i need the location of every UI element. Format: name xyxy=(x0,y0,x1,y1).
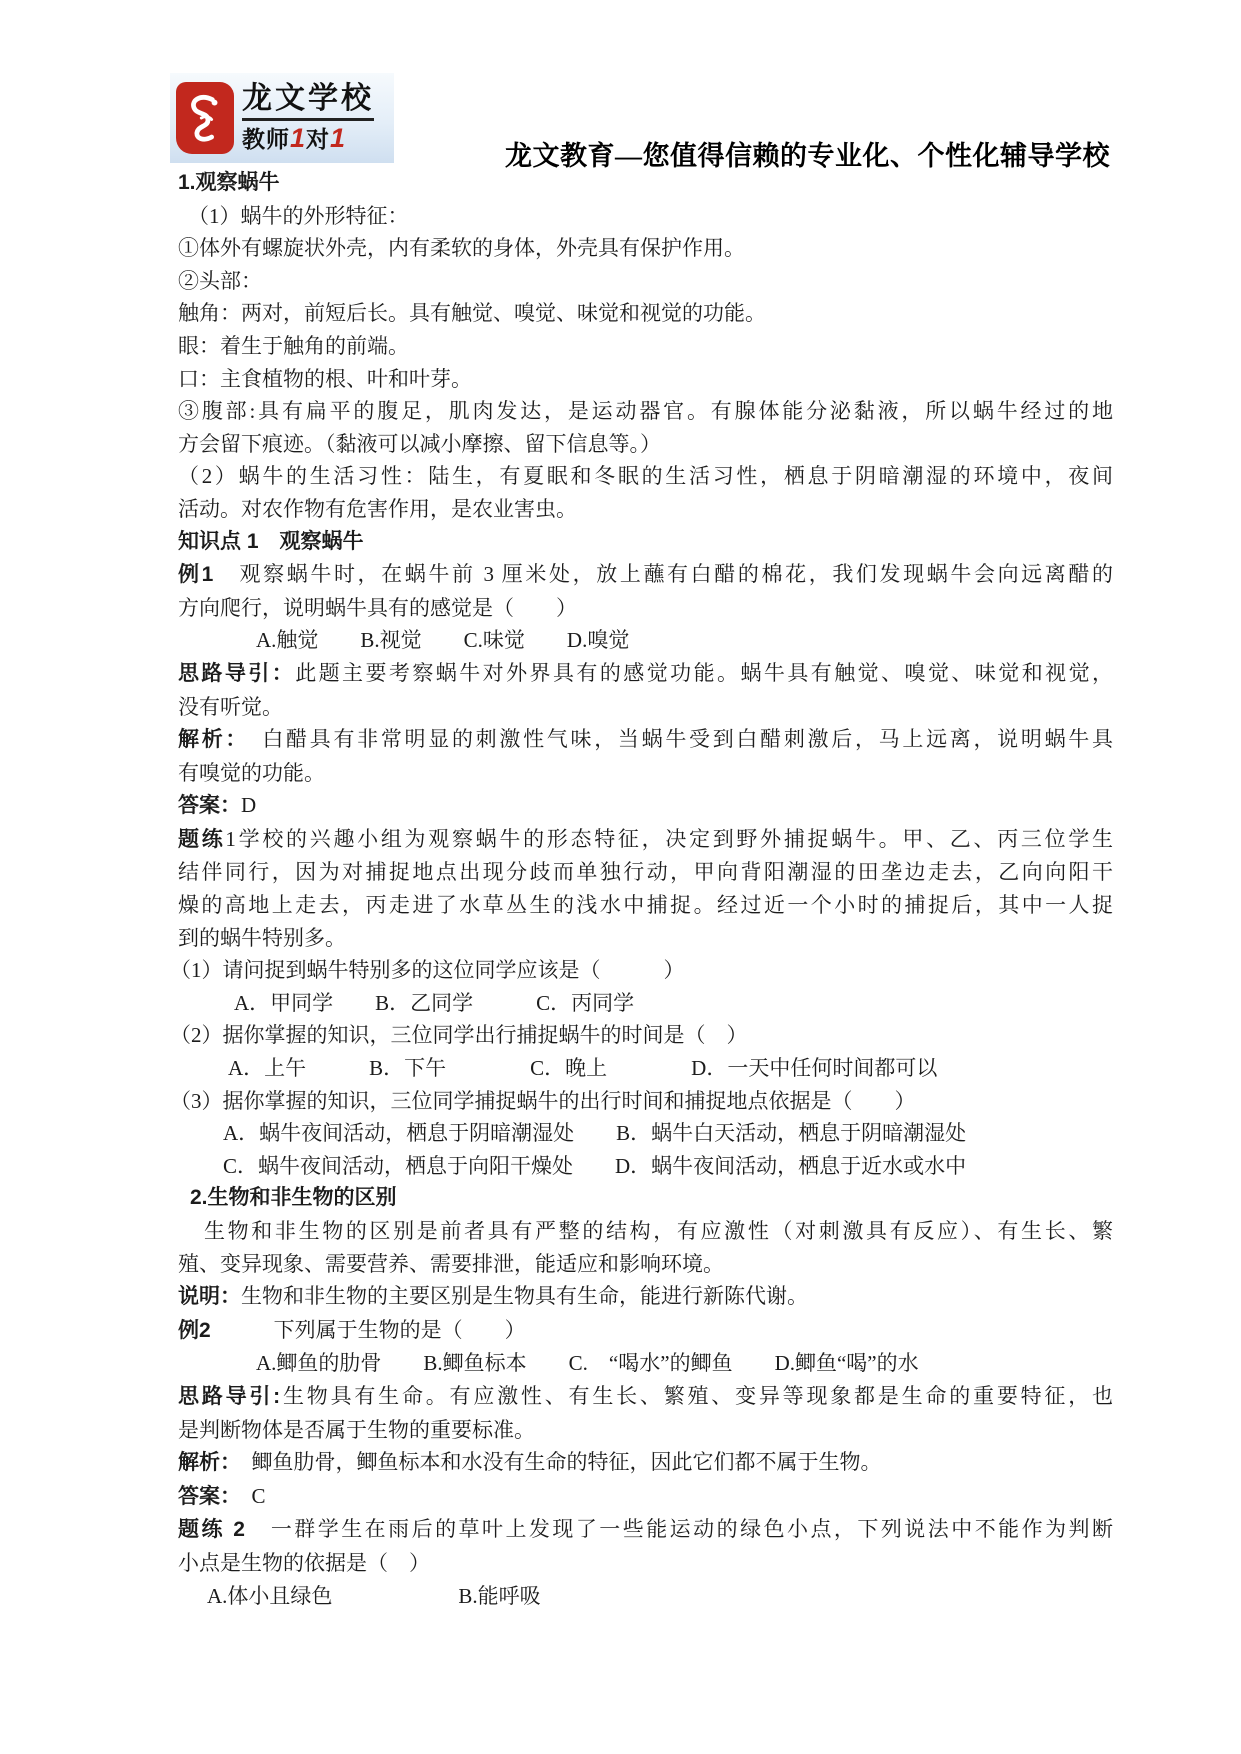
tagline-one-b: 1 xyxy=(330,123,346,153)
line-text: 生物具有生命。有应激性、有生长、繁殖、变异等现象都是生命的重要特征，也 xyxy=(280,1384,1113,1408)
line-text: 方向爬行，说明蜗牛具有的感觉是（ ） xyxy=(178,596,577,620)
text-line-15: A.触觉 B.视觉 C.味觉 D.嗅觉 xyxy=(178,624,1113,657)
text-line-2: （1）蜗牛的外形特征： xyxy=(178,200,1113,233)
line-text: C．蜗牛夜间活动，栖息于向阳干燥处 D．蜗牛夜间活动，栖息于近水或水中 xyxy=(223,1154,966,1178)
text-line-42: 题练 2 一群学生在雨后的草叶上发现了一些能运动的绿色小点，下列说法中不能作为判… xyxy=(178,1513,1113,1547)
line-heading-label: 说明： xyxy=(178,1285,241,1308)
document-body: 1.观察蜗牛（1）蜗牛的外形特征：①体外有螺旋状外壳，内有柔软的身体，外壳具有保… xyxy=(178,167,1113,1612)
text-line-29: （3）据你掌握的知识，三位同学捕捉蜗牛的出行时间和捕捉地点依据是（ ） xyxy=(170,1085,1113,1118)
line-text: 生物和非生物的主要区别是生物具有生命，能进行新陈代谢。 xyxy=(241,1284,808,1308)
text-line-27: （2）据你掌握的知识，三位同学出行捕捉蜗牛的时间是（ ） xyxy=(170,1019,1113,1052)
line-text: A．上午 B．下午 C．晚上 D．一天中任何时间都可以 xyxy=(228,1056,937,1080)
line-text: 触角：两对，前短后长。具有触觉、嗅觉、味觉和视觉的功能。 xyxy=(178,301,766,325)
text-line-1: 1.观察蜗牛 xyxy=(178,167,1113,200)
text-line-7: 口：主食植物的根、叶和叶芽。 xyxy=(178,363,1113,396)
line-text: 一群学生在雨后的草叶上发现了一些能运动的绿色小点，下列说法中不能作为判断 xyxy=(245,1517,1113,1541)
logo-image: 龙文学校 教师1对1 xyxy=(170,73,394,163)
text-line-12: 知识点 1 观察蜗牛 xyxy=(178,526,1113,559)
line-heading-label: 思路导引： xyxy=(178,662,295,685)
line-text: 眼：着生于触角的前端。 xyxy=(178,334,409,358)
line-text: 1学校的兴趣小组为观察蜗牛的形态特征，决定到野外捕捉蜗牛。甲、乙、丙三位学生 xyxy=(225,827,1113,851)
text-line-6: 眼：着生于触角的前端。 xyxy=(178,330,1113,363)
text-line-4: ②头部： xyxy=(178,265,1113,298)
text-line-16: 思路导引：此题主要考察蜗牛对外界具有的感觉功能。蜗牛具有触觉、嗅觉、味觉和视觉， xyxy=(178,657,1113,691)
line-text: 观察蜗牛时，在蜗牛前 3 厘米处，放上蘸有白醋的棉花，我们发现蜗牛会向远离醋的 xyxy=(213,562,1113,586)
text-line-28: A．上午 B．下午 C．晚上 D．一天中任何时间都可以 xyxy=(178,1052,1113,1085)
line-heading-label: 例2 xyxy=(178,1319,211,1342)
text-line-21: 题练1学校的兴趣小组为观察蜗牛的形态特征，决定到野外捕捉蜗牛。甲、乙、丙三位学生 xyxy=(178,823,1113,857)
line-text: 1.观察蜗牛 xyxy=(178,171,280,194)
line-text: 知识点 1 观察蜗牛 xyxy=(178,530,364,553)
text-line-34: 殖、变异现象、需要营养、需要排泄，能适应和影响环境。 xyxy=(178,1248,1113,1281)
line-text: A．甲同学 B．乙同学 C．丙同学 xyxy=(234,991,634,1015)
line-text: 没有听觉。 xyxy=(178,695,283,719)
text-line-9: 方会留下痕迹。（黏液可以减小摩擦、留下信息等。） xyxy=(178,428,1113,461)
line-text: A.体小且绿色 B.能呼吸 xyxy=(207,1584,541,1608)
text-line-8: ③腹部:具有扁平的腹足，肌肉发达，是运动器官。有腺体能分泌黏液，所以蜗牛经过的地 xyxy=(178,395,1113,428)
line-heading-label: 题练 xyxy=(178,828,225,851)
text-line-22: 结伴同行，因为对捕捉地点出现分歧而单独行动，甲向背阳潮湿的田垄边走去，乙向向阳干 xyxy=(178,856,1113,889)
text-line-26: A．甲同学 B．乙同学 C．丙同学 xyxy=(178,987,1113,1020)
line-text: （1）蜗牛的外形特征： xyxy=(188,204,409,228)
line-text: ②头部： xyxy=(178,269,262,293)
line-text: 此题主要考察蜗牛对外界具有的感觉功能。蜗牛具有触觉、嗅觉、味觉和视觉， xyxy=(295,661,1113,685)
text-line-31: C．蜗牛夜间活动，栖息于向阳干燥处 D．蜗牛夜间活动，栖息于近水或水中 xyxy=(178,1150,1113,1183)
text-line-10: （2）蜗牛的生活习性：陆生，有夏眠和冬眠的生活习性，栖息于阴暗潮湿的环境中，夜间 xyxy=(178,460,1113,493)
line-text: 是判断物体是否属于生物的重要标准。 xyxy=(178,1418,535,1442)
line-text: 到的蜗牛特别多。 xyxy=(178,926,346,950)
line-text: 结伴同行，因为对捕捉地点出现分歧而单独行动，甲向背阳潮湿的田垄边走去，乙向向阳干 xyxy=(178,860,1113,884)
line-heading-label: 答案： xyxy=(178,794,241,817)
logo-tagline: 教师1对1 xyxy=(242,125,374,152)
text-line-14: 方向爬行，说明蜗牛具有的感觉是（ ） xyxy=(178,592,1113,625)
text-line-35: 说明：生物和非生物的主要区别是生物具有生命，能进行新陈代谢。 xyxy=(178,1280,1113,1314)
text-line-3: ①体外有螺旋状外壳，内有柔软的身体，外壳具有保护作用。 xyxy=(178,232,1113,265)
line-text: C xyxy=(231,1484,266,1508)
line-text: A．蜗牛夜间活动，栖息于阴暗潮湿处 B．蜗牛白天活动，栖息于阴暗潮湿处 xyxy=(223,1121,966,1145)
line-text: ①体外有螺旋状外壳，内有柔软的身体，外壳具有保护作用。 xyxy=(178,236,745,260)
text-line-11: 活动。对农作物有危害作用，是农业害虫。 xyxy=(178,493,1113,526)
text-line-32: 2.生物和非生物的区别 xyxy=(178,1182,1113,1215)
line-text: 生物和非生物的区别是前者具有严整的结构，有应激性（对刺激具有反应）、有生长、繁 xyxy=(204,1219,1113,1243)
text-line-44: A.体小且绿色 B.能呼吸 xyxy=(178,1580,1113,1613)
line-text: 鲫鱼肋骨，鲫鱼标本和水没有生命的特征，因此它们都不属于生物。 xyxy=(231,1450,882,1474)
line-text: ③腹部:具有扁平的腹足，肌肉发达，是运动器官。有腺体能分泌黏液，所以蜗牛经过的地 xyxy=(178,399,1113,423)
line-heading-label: 解析： xyxy=(178,728,239,751)
line-text: 殖、变异现象、需要营养、需要排泄，能适应和影响环境。 xyxy=(178,1252,724,1276)
line-text: D xyxy=(241,793,256,817)
line-text: 小点是生物的依据是（ ） xyxy=(178,1551,430,1575)
line-text: 有嗅觉的功能。 xyxy=(178,761,325,785)
line-text: 口：主食植物的根、叶和叶芽。 xyxy=(178,367,472,391)
line-heading-label: 例1 xyxy=(178,563,213,586)
line-text: 燥的高地上走去，丙走进了水草丛生的浅水中捕捉。经过近一个小时的捕捉后，其中一人捉 xyxy=(178,893,1113,917)
line-text: 活动。对农作物有危害作用，是农业害虫。 xyxy=(178,497,577,521)
line-text: 下列属于生物的是（ ） xyxy=(211,1318,526,1342)
text-line-33: 生物和非生物的区别是前者具有严整的结构，有应激性（对刺激具有反应）、有生长、繁 xyxy=(178,1215,1113,1248)
text-line-20: 答案：D xyxy=(178,789,1113,823)
line-text: A.鲫鱼的肋骨 B.鲫鱼标本 C. “喝水”的鲫鱼 D.鲫鱼“喝”的水 xyxy=(256,1351,919,1375)
text-line-24: 到的蜗牛特别多。 xyxy=(178,922,1113,955)
text-line-43: 小点是生物的依据是（ ） xyxy=(178,1547,1113,1580)
line-text: （3）据你掌握的知识，三位同学捕捉蜗牛的出行时间和捕捉地点依据是（ ） xyxy=(170,1089,916,1113)
text-line-40: 解析： 鲫鱼肋骨，鲫鱼标本和水没有生命的特征，因此它们都不属于生物。 xyxy=(178,1446,1113,1480)
text-line-38: 思路导引:生物具有生命。有应激性、有生长、繁殖、变异等现象都是生命的重要特征，也 xyxy=(178,1380,1113,1414)
school-name: 龙文学校 xyxy=(242,84,374,121)
text-line-23: 燥的高地上走去，丙走进了水草丛生的浅水中捕捉。经过近一个小时的捕捉后，其中一人捉 xyxy=(178,889,1113,922)
line-text: （2）据你掌握的知识，三位同学出行捕捉蜗牛的时间是（ ） xyxy=(170,1023,748,1047)
tagline-dui: 对 xyxy=(306,126,330,152)
line-text: 方会留下痕迹。（黏液可以减小摩擦、留下信息等。） xyxy=(178,432,661,456)
line-heading-label: 解析： xyxy=(178,1451,231,1474)
line-heading-label: 答案： xyxy=(178,1485,231,1508)
text-line-19: 有嗅觉的功能。 xyxy=(178,757,1113,790)
text-line-30: A．蜗牛夜间活动，栖息于阴暗潮湿处 B．蜗牛白天活动，栖息于阴暗潮湿处 xyxy=(178,1117,1113,1150)
text-line-13: 例1 观察蜗牛时，在蜗牛前 3 厘米处，放上蘸有白醋的棉花，我们发现蜗牛会向远离… xyxy=(178,558,1113,592)
text-line-25: （1）请问捉到蜗牛特别多的这位同学应该是（ ） xyxy=(170,954,1113,987)
line-text: （1）请问捉到蜗牛特别多的这位同学应该是（ ） xyxy=(170,958,685,982)
text-line-36: 例2 下列属于生物的是（ ） xyxy=(178,1314,1113,1348)
text-line-39: 是判断物体是否属于生物的重要标准。 xyxy=(178,1414,1113,1447)
text-line-37: A.鲫鱼的肋骨 B.鲫鱼标本 C. “喝水”的鲫鱼 D.鲫鱼“喝”的水 xyxy=(178,1347,1113,1380)
dragon-glyph-icon xyxy=(183,89,227,147)
line-heading-label: 题练 2 xyxy=(178,1518,245,1541)
line-text: 2.生物和非生物的区别 xyxy=(190,1186,397,1209)
line-text: A.触觉 B.视觉 C.味觉 D.嗅觉 xyxy=(256,628,629,652)
text-line-17: 没有听觉。 xyxy=(178,691,1113,724)
text-line-18: 解析： 白醋具有非常明显的刺激性气味，当蜗牛受到白醋刺激后，马上远离，说明蜗牛具 xyxy=(178,723,1113,757)
tagline-teacher: 教师 xyxy=(242,126,290,152)
line-text: 白醋具有非常明显的刺激性气味，当蜗牛受到白醋刺激后，马上远离，说明蜗牛具 xyxy=(239,727,1113,751)
tagline-one-a: 1 xyxy=(290,123,306,153)
logo-text-block: 龙文学校 教师1对1 xyxy=(242,84,374,152)
worksheet-page: { "logo": { "school_name": "龙文学校", "tagl… xyxy=(0,0,1241,1754)
dragon-seal-icon xyxy=(176,82,234,154)
text-line-41: 答案： C xyxy=(178,1480,1113,1514)
line-heading-label: 思路导引: xyxy=(178,1385,280,1408)
line-text: （2）蜗牛的生活习性：陆生，有夏眠和冬眠的生活习性，栖息于阴暗潮湿的环境中，夜间 xyxy=(178,464,1113,488)
text-line-5: 触角：两对，前短后长。具有触觉、嗅觉、味觉和视觉的功能。 xyxy=(178,297,1113,330)
